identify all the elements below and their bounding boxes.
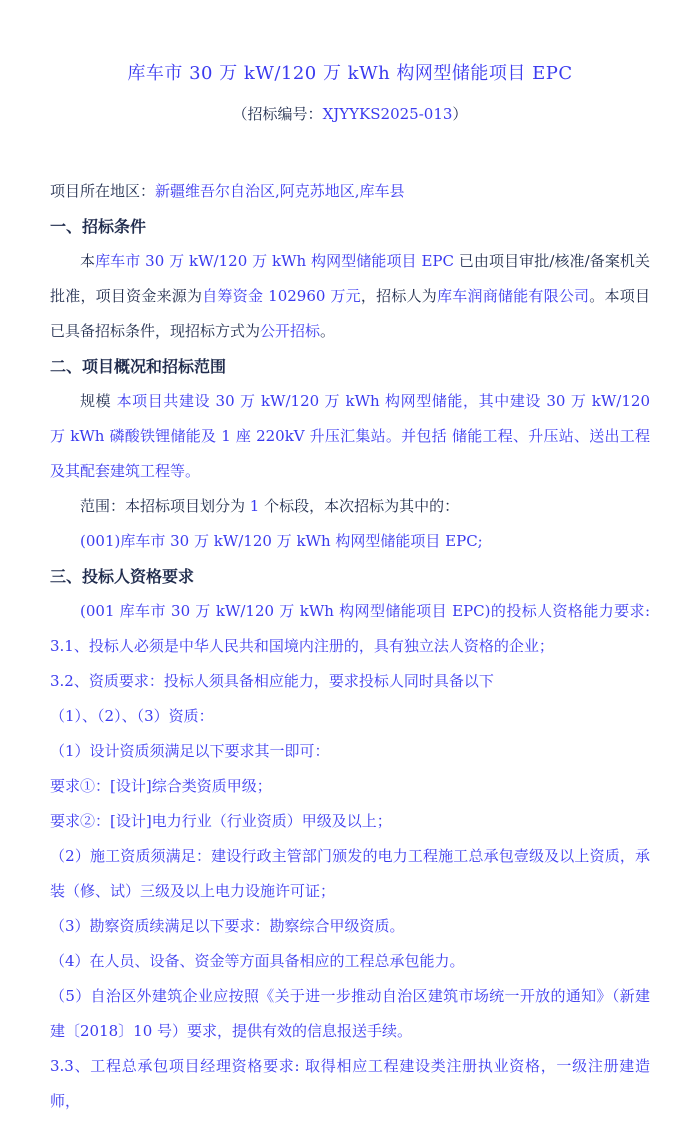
text-run: （4）在人员、设备、资金等方面具备相应的工程总承包能力。 — [50, 952, 465, 970]
tender-number-line: （招标编号：XJYYKS2025-013） — [50, 104, 650, 124]
text-run: 范围：本招标项目划分为 — [80, 497, 250, 515]
text-run: 库车市 30 万 kW/120 万 kWh 构网型储能项目 EPC — [95, 252, 454, 270]
text-run: 公开招标 — [260, 322, 320, 340]
text-run: 3.2、资质要求：投标人须具备相应能力，要求投标人同时具备以下 — [50, 672, 494, 690]
text-run: （2）施工资质须满足：建设行政主管部门颁发的电力工程施工总承包壹级及以上资质，承… — [50, 847, 650, 900]
text-run: 个标段，本次招标为其中的： — [259, 497, 459, 515]
text-run: （3）勘察资质续满足以下要求：勘察综合甲级资质。 — [50, 917, 405, 935]
section-heading: 一、招标条件 — [50, 209, 650, 244]
paragraph: 项目所在地区：新疆维吾尔自治区,阿克苏地区,库车县 — [50, 174, 650, 209]
paragraph: （1）、（2）、（3）资质： — [50, 699, 650, 734]
text-run: 项目所在地区： — [50, 182, 155, 200]
tender-document-page: 库车市 30 万 kW/120 万 kWh 构网型储能项目 EPC （招标编号：… — [0, 0, 700, 1126]
document-body: 项目所在地区：新疆维吾尔自治区,阿克苏地区,库车县一、招标条件本库车市 30 万… — [50, 174, 650, 1119]
text-run: 要求①：[设计]综合类资质甲级； — [50, 777, 272, 795]
text-run: （5）自治区外建筑企业应按照《关于进一步推动自治区建筑市场统一开放的通知》（新建… — [50, 987, 650, 1040]
paragraph: （5）自治区外建筑企业应按照《关于进一步推动自治区建筑市场统一开放的通知》（新建… — [50, 979, 650, 1049]
paragraph: 要求①：[设计]综合类资质甲级； — [50, 769, 650, 804]
text-run: 要求②：[设计]电力行业（行业资质）甲级及以上； — [50, 812, 392, 830]
paragraph: 要求②：[设计]电力行业（行业资质）甲级及以上； — [50, 804, 650, 839]
text-run: 3.3、工程总承包项目经理资格要求: 取得相应工程建设类注册执业资格，一级注册建… — [50, 1057, 650, 1110]
paragraph: (001 库车市 30 万 kW/120 万 kWh 构网型储能项目 EPC)的… — [50, 594, 650, 664]
document-title: 库车市 30 万 kW/120 万 kWh 构网型储能项目 EPC — [50, 62, 650, 86]
text-run: 三、投标人资格要求 — [50, 567, 194, 586]
paragraph: 范围：本招标项目划分为 1 个标段，本次招标为其中的： — [50, 489, 650, 524]
text-run: (001)库车市 30 万 kW/120 万 kWh 构网型储能项目 EPC; — [80, 532, 483, 550]
paragraph: 本库车市 30 万 kW/120 万 kWh 构网型储能项目 EPC 已由项目审… — [50, 244, 650, 349]
paragraph: （3）勘察资质续满足以下要求：勘察综合甲级资质。 — [50, 909, 650, 944]
text-run: 本项目共建设 30 万 kW/120 万 kWh 构网型储能，其中建设 30 万… — [50, 392, 650, 480]
paragraph: 3.2、资质要求：投标人须具备相应能力，要求投标人同时具备以下 — [50, 664, 650, 699]
tender-number-value: XJYYKS2025-013 — [323, 105, 453, 123]
text-run: （1）、（2）、（3）资质： — [50, 707, 214, 725]
text-run: 二、项目概况和招标范围 — [50, 357, 226, 376]
tender-number-prefix: （招标编号： — [233, 105, 323, 123]
text-run: 新疆维吾尔自治区,阿克苏地区,库车县 — [155, 182, 405, 200]
paragraph: （1）设计资质须满足以下要求其一即可： — [50, 734, 650, 769]
paragraph: （4）在人员、设备、资金等方面具备相应的工程总承包能力。 — [50, 944, 650, 979]
paragraph: (001)库车市 30 万 kW/120 万 kWh 构网型储能项目 EPC; — [50, 524, 650, 559]
text-run: （1）设计资质须满足以下要求其一即可： — [50, 742, 330, 760]
text-run: 本 — [80, 252, 95, 270]
text-run: 自筹资金 102960 万元 — [202, 287, 361, 305]
paragraph: （2）施工资质须满足：建设行政主管部门颁发的电力工程施工总承包壹级及以上资质，承… — [50, 839, 650, 909]
text-run: 一、招标条件 — [50, 217, 146, 236]
text-run: 规模 — [80, 392, 117, 410]
paragraph: 规模 本项目共建设 30 万 kW/120 万 kWh 构网型储能，其中建设 3… — [50, 384, 650, 489]
section-heading: 二、项目概况和招标范围 — [50, 349, 650, 384]
text-run: 。 — [320, 322, 335, 340]
paragraph: 3.3、工程总承包项目经理资格要求: 取得相应工程建设类注册执业资格，一级注册建… — [50, 1049, 650, 1119]
text-run: 库车润商储能有限公司 — [437, 287, 589, 305]
tender-number-suffix: ） — [452, 105, 467, 123]
text-run: (001 库车市 30 万 kW/120 万 kWh 构网型储能项目 EPC)的… — [50, 602, 650, 655]
section-heading: 三、投标人资格要求 — [50, 559, 650, 594]
text-run: 1 — [250, 497, 260, 515]
text-run: ，招标人为 — [361, 287, 437, 305]
